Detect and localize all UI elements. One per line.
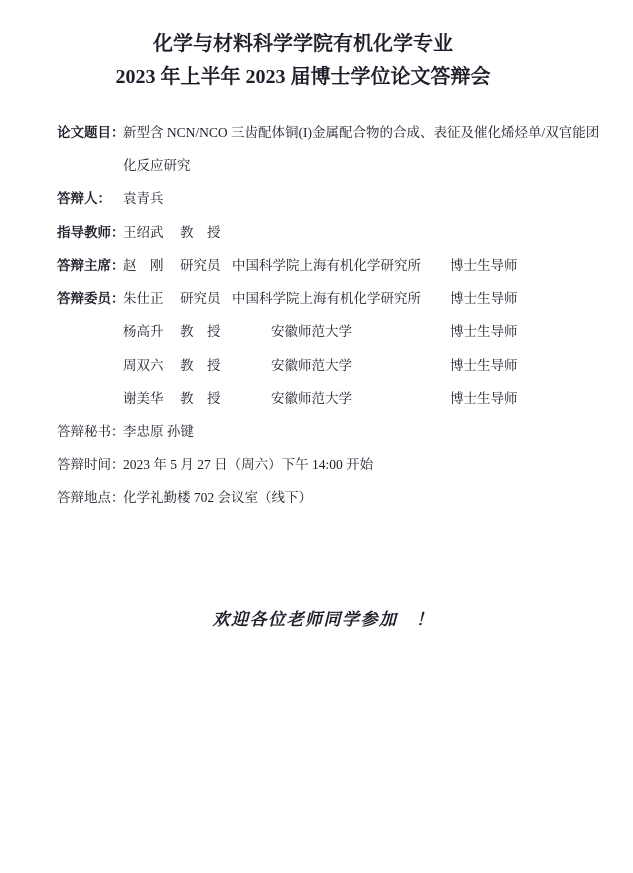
committee-row: 杨高升 教 授 安徽师范大学 博士生导师 (0, 323, 633, 341)
advisor-row: 指导教师： 王绍武 教 授 (0, 224, 633, 242)
committee-member-role: 博士生导师 (450, 290, 518, 308)
advisor-label: 指导教师： (57, 224, 125, 242)
location-label: 答辩地点： (57, 489, 125, 507)
thesis-title-row-continued: 化反应研究 (0, 157, 633, 175)
secretary-names: 李忠原 孙键 (123, 423, 194, 441)
time-row: 答辩时间： 2023 年 5 月 27 日（周六）下午 14:00 开始 (0, 456, 633, 474)
time-value: 2023 年 5 月 27 日（周六）下午 14:00 开始 (123, 456, 373, 474)
committee-member-title: 研究员 (180, 290, 221, 308)
location-value: 化学礼勤楼 702 会议室（线下） (123, 489, 312, 507)
committee-member-title: 教 授 (180, 323, 221, 341)
secretary-row: 答辩秘书： 李忠原 孙键 (0, 423, 633, 441)
committee-member-institution: 安徽师范大学 (271, 323, 352, 341)
committee-label: 答辩委员： (57, 290, 125, 308)
committee-member-name: 周双六 (123, 357, 164, 375)
chair-institution: 中国科学院上海有机化学研究所 (232, 257, 421, 275)
defender-name: 袁青兵 (123, 190, 164, 208)
page-title-line2: 2023 年上半年 2023 届博士学位论文答辩会 (0, 64, 606, 90)
advisor-title: 教 授 (180, 224, 221, 242)
chair-job-title: 研究员 (180, 257, 221, 275)
time-label: 答辩时间： (57, 456, 125, 474)
chair-role: 博士生导师 (450, 257, 518, 275)
defender-label: 答辩人： (57, 190, 111, 208)
committee-member-name: 杨高升 (123, 323, 164, 341)
committee-member-title: 教 授 (180, 357, 221, 375)
chair-label: 答辩主席： (57, 257, 125, 275)
advisor-name: 王绍武 (123, 224, 164, 242)
defender-row: 答辩人： 袁青兵 (0, 190, 633, 208)
secretary-label: 答辩秘书： (57, 423, 125, 441)
committee-member-role: 博士生导师 (450, 357, 518, 375)
chair-name: 赵 刚 (123, 257, 164, 275)
committee-member-institution: 中国科学院上海有机化学研究所 (232, 290, 421, 308)
chair-row: 答辩主席： 赵 刚 研究员 中国科学院上海有机化学研究所 博士生导师 (0, 257, 633, 275)
committee-member-role: 博士生导师 (450, 390, 518, 408)
page-title-line1: 化学与材料科学学院有机化学专业 (0, 31, 606, 57)
defense-announcement-page: 化学与材料科学学院有机化学专业 2023 年上半年 2023 届博士学位论文答辩… (0, 0, 633, 873)
thesis-title-label: 论文题目： (57, 124, 125, 142)
committee-member-name: 朱仕正 (123, 290, 164, 308)
committee-row: 答辩委员： 朱仕正 研究员 中国科学院上海有机化学研究所 博士生导师 (0, 290, 633, 308)
committee-member-institution: 安徽师范大学 (271, 357, 352, 375)
thesis-title-text-line1: 新型含 NCN/NCO 三齿配体铜(I)金属配合物的合成、表征及催化烯烃单/双官… (123, 124, 599, 142)
thesis-title-text-line2: 化反应研究 (123, 157, 191, 175)
committee-member-title: 教 授 (180, 390, 221, 408)
committee-member-name: 谢美华 (123, 390, 164, 408)
committee-member-role: 博士生导师 (450, 323, 518, 341)
location-row: 答辩地点： 化学礼勤楼 702 会议室（线下） (0, 489, 633, 507)
committee-row: 谢美华 教 授 安徽师范大学 博士生导师 (0, 390, 633, 408)
committee-member-institution: 安徽师范大学 (271, 390, 352, 408)
welcome-message: 欢迎各位老师同学参加 ！ (0, 609, 633, 631)
thesis-title-row: 论文题目： 新型含 NCN/NCO 三齿配体铜(I)金属配合物的合成、表征及催化… (0, 124, 633, 142)
committee-row: 周双六 教 授 安徽师范大学 博士生导师 (0, 357, 633, 375)
